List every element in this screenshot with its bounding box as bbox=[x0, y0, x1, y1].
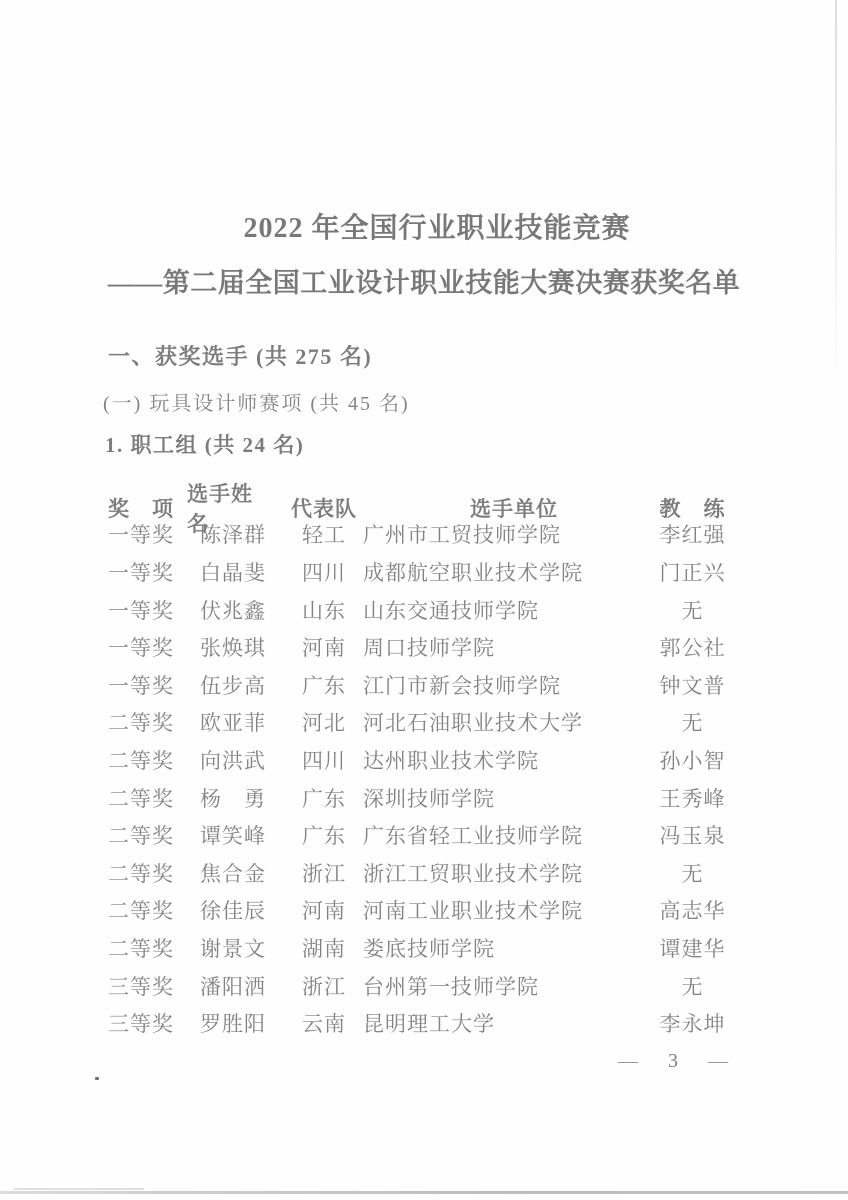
table-row: 一等奖伍步高广东江门市新会技师学院钟文普 bbox=[108, 666, 740, 704]
contestant-unit-cell: 山东交通技师学院 bbox=[363, 595, 645, 625]
award-cell: 二等奖 bbox=[108, 858, 200, 888]
coach-cell: 无 bbox=[645, 971, 740, 1001]
contestant-unit-cell: 昆明理工大学 bbox=[363, 1008, 645, 1038]
header-contestant-unit: 选手单位 bbox=[373, 493, 655, 523]
award-cell: 一等奖 bbox=[108, 670, 200, 700]
delegation-cell: 轻工 bbox=[285, 519, 363, 549]
coach-cell: 无 bbox=[645, 595, 740, 625]
contestant-unit-cell: 河北石油职业技术大学 bbox=[363, 707, 645, 737]
award-cell: 一等奖 bbox=[108, 595, 200, 625]
contestant-unit-cell: 达州职业技术学院 bbox=[363, 745, 645, 775]
coach-cell: 李红强 bbox=[645, 519, 740, 549]
award-cell: 一等奖 bbox=[108, 557, 200, 587]
coach-cell: 谭建华 bbox=[645, 933, 740, 963]
award-cell: 三等奖 bbox=[108, 971, 200, 1001]
award-cell: 二等奖 bbox=[108, 820, 200, 850]
table-row: 二等奖谭笑峰广东广东省轻工业技师学院冯玉泉 bbox=[108, 816, 740, 854]
contestant-unit-cell: 台州第一技师学院 bbox=[363, 971, 645, 1001]
document-title-line1: 2022 年全国行业职业技能竞赛 bbox=[13, 206, 848, 246]
contestant-name-cell: 伍步高 bbox=[200, 670, 285, 700]
contestant-unit-cell: 成都航空职业技术学院 bbox=[363, 557, 645, 587]
page-number: — 3 — bbox=[618, 1050, 728, 1073]
scan-speck bbox=[95, 1077, 99, 1080]
awards-table-header-row: 奖 项 选手姓名 代表队 选手单位 教 练 bbox=[108, 478, 740, 516]
awards-table: 奖 项 选手姓名 代表队 选手单位 教 练 一等奖陈泽群轻工广州市工贸技师学院李… bbox=[108, 478, 740, 1042]
contestant-unit-cell: 浙江工贸职业技术学院 bbox=[363, 858, 645, 888]
section-heading-toy-designer-event: (一) 玩具设计师赛项 (共 45 名) bbox=[103, 387, 410, 416]
contestant-unit-cell: 周口技师学院 bbox=[363, 632, 645, 662]
delegation-cell: 河南 bbox=[285, 632, 363, 662]
contestant-name-cell: 焦合金 bbox=[200, 858, 285, 888]
contestant-unit-cell: 广东省轻工业技师学院 bbox=[363, 820, 645, 850]
delegation-cell: 广东 bbox=[285, 670, 363, 700]
contestant-unit-cell: 深圳技师学院 bbox=[363, 783, 645, 813]
award-cell: 二等奖 bbox=[108, 933, 200, 963]
contestant-name-cell: 杨 勇 bbox=[200, 783, 285, 813]
award-cell: 二等奖 bbox=[108, 745, 200, 775]
delegation-cell: 河南 bbox=[285, 895, 363, 925]
coach-cell: 李永坤 bbox=[645, 1008, 740, 1038]
table-row: 二等奖焦合金浙江浙江工贸职业技术学院无 bbox=[108, 854, 740, 892]
delegation-cell: 湖南 bbox=[285, 933, 363, 963]
contestant-name-cell: 向洪武 bbox=[200, 745, 285, 775]
contestant-name-cell: 白晶斐 bbox=[200, 557, 285, 587]
coach-cell: 高志华 bbox=[645, 895, 740, 925]
table-row: 一等奖伏兆鑫山东山东交通技师学院无 bbox=[108, 591, 740, 629]
contestant-name-cell: 谭笑峰 bbox=[200, 820, 285, 850]
delegation-cell: 广东 bbox=[285, 783, 363, 813]
table-row: 二等奖向洪武四川达州职业技术学院孙小智 bbox=[108, 741, 740, 779]
award-cell: 二等奖 bbox=[108, 707, 200, 737]
coach-cell: 钟文普 bbox=[645, 670, 740, 700]
table-row: 二等奖杨 勇广东深圳技师学院王秀峰 bbox=[108, 779, 740, 817]
header-contestant-name: 选手姓名 bbox=[187, 478, 272, 538]
delegation-cell: 浙江 bbox=[285, 858, 363, 888]
contestant-name-cell: 张焕琪 bbox=[200, 632, 285, 662]
award-cell: 三等奖 bbox=[108, 1008, 200, 1038]
table-row: 三等奖潘阳洒浙江台州第一技师学院无 bbox=[108, 967, 740, 1005]
coach-cell: 冯玉泉 bbox=[645, 820, 740, 850]
table-row: 二等奖徐佳辰河南河南工业职业技术学院高志华 bbox=[108, 892, 740, 930]
scan-bottom-edge-shadow-light bbox=[14, 1188, 144, 1190]
delegation-cell: 四川 bbox=[285, 557, 363, 587]
awards-table-body: 一等奖陈泽群轻工广州市工贸技师学院李红强一等奖白晶斐四川成都航空职业技术学院门正… bbox=[108, 516, 740, 1042]
coach-cell: 无 bbox=[645, 707, 740, 737]
table-row: 一等奖白晶斐四川成都航空职业技术学院门正兴 bbox=[108, 553, 740, 591]
page-number-dash-left: — bbox=[618, 1050, 638, 1073]
delegation-cell: 山东 bbox=[285, 595, 363, 625]
contestant-name-cell: 罗胜阳 bbox=[200, 1008, 285, 1038]
table-row: 三等奖罗胜阳云南昆明理工大学李永坤 bbox=[108, 1004, 740, 1042]
table-row: 二等奖欧亚菲河北河北石油职业技术大学无 bbox=[108, 704, 740, 742]
contestant-unit-cell: 广州市工贸技师学院 bbox=[363, 519, 645, 549]
contestant-name-cell: 伏兆鑫 bbox=[200, 595, 285, 625]
page-number-dash-right: — bbox=[708, 1050, 728, 1073]
contestant-unit-cell: 河南工业职业技术学院 bbox=[363, 895, 645, 925]
coach-cell: 孙小智 bbox=[645, 745, 740, 775]
coach-cell: 门正兴 bbox=[645, 557, 740, 587]
delegation-cell: 四川 bbox=[285, 745, 363, 775]
contestant-unit-cell: 娄底技师学院 bbox=[363, 933, 645, 963]
delegation-cell: 云南 bbox=[285, 1008, 363, 1038]
contestant-name-cell: 徐佳辰 bbox=[200, 895, 285, 925]
section-heading-winners: 一、获奖选手 (共 275 名) bbox=[108, 340, 372, 371]
scan-bottom-edge-shadow bbox=[0, 1191, 848, 1194]
contestant-name-cell: 谢景文 bbox=[200, 933, 285, 963]
page-number-value: 3 bbox=[668, 1050, 678, 1073]
award-cell: 二等奖 bbox=[108, 895, 200, 925]
document-title-block: 2022 年全国行业职业技能竞赛 ——第二届全国工业设计职业技能大赛决赛获奖名单 bbox=[0, 206, 848, 300]
delegation-cell: 广东 bbox=[285, 820, 363, 850]
delegation-cell: 浙江 bbox=[285, 971, 363, 1001]
delegation-cell: 河北 bbox=[285, 707, 363, 737]
table-row: 二等奖谢景文湖南娄底技师学院谭建华 bbox=[108, 929, 740, 967]
table-row: 一等奖张焕琪河南周口技师学院郭公社 bbox=[108, 628, 740, 666]
contestant-name-cell: 潘阳洒 bbox=[200, 971, 285, 1001]
coach-cell: 无 bbox=[645, 858, 740, 888]
section-heading-employee-group: 1. 职工组 (共 24 名) bbox=[105, 429, 304, 459]
scanned-document-page: 2022 年全国行业职业技能竞赛 ——第二届全国工业设计职业技能大赛决赛获奖名单… bbox=[0, 0, 848, 1200]
contestant-name-cell: 欧亚菲 bbox=[200, 707, 285, 737]
contestant-unit-cell: 江门市新会技师学院 bbox=[363, 670, 645, 700]
scan-right-edge-line bbox=[835, 0, 837, 380]
document-title-line2: ——第二届全国工业设计职业技能大赛决赛获奖名单 bbox=[0, 261, 848, 300]
award-cell: 一等奖 bbox=[108, 632, 200, 662]
coach-cell: 王秀峰 bbox=[645, 783, 740, 813]
award-cell: 二等奖 bbox=[108, 783, 200, 813]
coach-cell: 郭公社 bbox=[645, 632, 740, 662]
